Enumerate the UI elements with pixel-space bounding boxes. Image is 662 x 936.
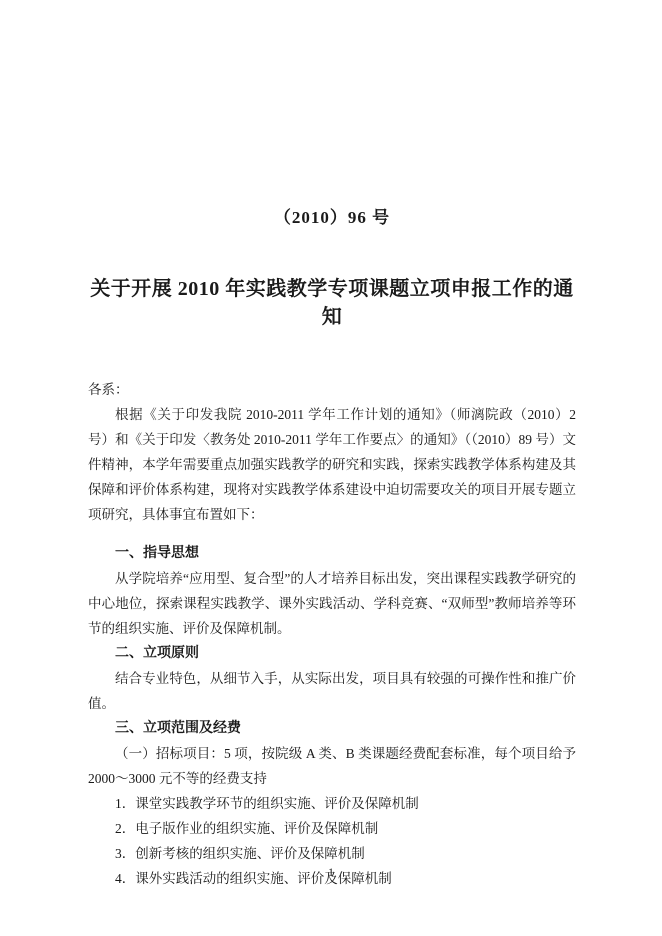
- page-number: 1: [0, 865, 662, 880]
- list-item-1: 1．课堂实践教学环节的组织实施、评价及保障机制: [88, 791, 576, 816]
- list-item-2: 2．电子版作业的组织实施、评价及保障机制: [88, 816, 576, 841]
- section-heading-2: 二、立项原则: [88, 641, 576, 666]
- section-body-2: 结合专业特色，从细节入手，从实际出发，项目具有较强的可操作性和推广价值。: [88, 666, 576, 716]
- doc-title: 关于开展 2010 年实践教学专项课题立项申报工作的通知: [88, 275, 576, 331]
- doc-number: （2010）96 号: [88, 0, 576, 228]
- salutation: 各系：: [88, 377, 576, 402]
- section-body-1: 从学院培养“应用型、复合型”的人才培养目标出发，突出课程实践教学研究的中心地位，…: [88, 566, 576, 641]
- intro-paragraph: 根据《关于印发我院 2010-2011 学年工作计划的通知》（师漓院政（2010…: [88, 402, 576, 527]
- section-heading-3: 三、立项范围及经费: [88, 716, 576, 741]
- document-page: （2010）96 号 关于开展 2010 年实践教学专项课题立项申报工作的通知 …: [0, 0, 662, 936]
- section-heading-1: 一、指导思想: [88, 541, 576, 566]
- section-body-3: （一）招标项目：5 项，按院级 A 类、B 类课题经费配套标准，每个项目给予 2…: [88, 741, 576, 791]
- list-item-3: 3．创新考核的组织实施、评价及保障机制: [88, 841, 576, 866]
